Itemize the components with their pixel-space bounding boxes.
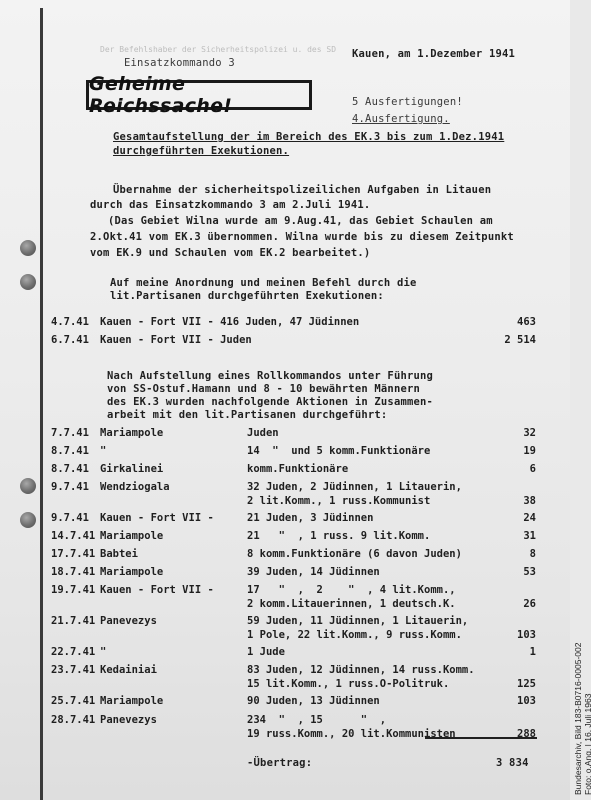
table-row: 28.7.41Panevezys234 " , 15 " ,19 russ.Ko… <box>51 714 536 728</box>
section2-heading: Nach Aufstellung eines Rollkommandos unt… <box>107 370 433 382</box>
sum-line <box>425 737 537 739</box>
table-row: 25.7.41Mariampole90 Juden, 13 Jüdinnen10… <box>51 695 536 709</box>
row-count: 103 <box>517 695 536 707</box>
section2-heading: des EK.3 wurden nachfolgende Aktionen in… <box>107 396 433 408</box>
archive-caption: Bundesarchiv, Bild 183-B0716-0005-002 Fo… <box>573 643 591 795</box>
title-line-1: Gesamtaufstellung der im Bereich des EK.… <box>113 131 504 143</box>
table-row: 4.7.41 Kauen - Fort VII - 416 Juden, 47 … <box>51 316 536 330</box>
intro-line: vom EK.9 und Schaulen vom EK.2 bearbeite… <box>90 247 370 259</box>
carryover-total: 3 834 <box>496 757 529 769</box>
archive-line-1: Bundesarchiv, Bild 183-B0716-0005-002 <box>573 643 583 795</box>
margin-line <box>40 8 43 800</box>
intro-line: (Das Gebiet Wilna wurde am 9.Aug.41, das… <box>108 215 493 227</box>
row-date: 19.7.41 <box>51 584 95 596</box>
table-row: 17.7.41Babtei8 komm.Funktionäre (6 davon… <box>51 548 536 562</box>
table-row: 14.7.41Mariampole21 " , 1 russ. 9 lit.Ko… <box>51 530 536 544</box>
row-date: 25.7.41 <box>51 695 95 707</box>
archive-line-2: Foto: o.Ang. | 16. Juli 1963 <box>583 694 591 795</box>
row-date: 14.7.41 <box>51 530 95 542</box>
row-place: Panevezys <box>100 615 157 627</box>
row-count: 103 <box>517 629 536 641</box>
row-description: 32 Juden, 2 Jüdinnen, 1 Litauerin, <box>247 481 462 493</box>
row-text: Kauen - Fort VII - Juden <box>100 334 252 346</box>
table-row: 22.7.41 "1 Jude1 <box>51 646 536 660</box>
table-row: 8.7.41 "14 " und 5 komm.Funktionäre19 <box>51 445 536 459</box>
punch-hole <box>20 512 36 528</box>
row-place: " <box>100 646 106 658</box>
row-date: 7.7.41 <box>51 427 89 439</box>
row-date: 9.7.41 <box>51 481 89 493</box>
row-date: 18.7.41 <box>51 566 95 578</box>
row-description: 8 komm.Funktionäre (6 davon Juden) <box>247 548 462 560</box>
row-date: 8.7.41 <box>51 445 89 457</box>
punch-hole <box>20 478 36 494</box>
row-count: 19 <box>523 445 536 457</box>
row-description: 21 " , 1 russ. 9 lit.Komm. <box>247 530 430 542</box>
unit-name: Einsatzkommando 3 <box>124 57 235 69</box>
row-description: 21 Juden, 3 Jüdinnen <box>247 512 373 524</box>
row-description-cont: 1 Pole, 22 lit.Komm., 9 russ.Komm. <box>247 629 462 641</box>
row-date: 9.7.41 <box>51 512 89 524</box>
table-row: 6.7.41 Kauen - Fort VII - Juden 2 514 <box>51 334 536 348</box>
copies-total: 5 Ausfertigungen! <box>352 96 463 108</box>
row-count: 1 <box>530 646 536 658</box>
row-count: 26 <box>523 598 536 610</box>
table-row: 8.7.41Girkalineikomm.Funktionäre6 <box>51 463 536 477</box>
row-count: 6 <box>530 463 536 475</box>
intro-line: Übernahme der sicherheitspolizeilichen A… <box>113 184 491 196</box>
row-place: Kauen - Fort VII - <box>100 512 214 524</box>
row-description: 39 Juden, 14 Jüdinnen <box>247 566 380 578</box>
punch-hole <box>20 240 36 256</box>
row-place: Mariampole <box>100 427 163 439</box>
carryover-label: -Übertrag: <box>247 757 312 769</box>
row-count: 8 <box>530 548 536 560</box>
table-row: 23.7.41Kedainiai83 Juden, 12 Jüdinnen, 1… <box>51 664 536 678</box>
intro-line: durch das Einsatzkommando 3 am 2.Juli 19… <box>90 199 370 211</box>
row-place: Kauen - Fort VII - <box>100 584 214 596</box>
stamp-text: Geheime Reichssache! <box>89 73 309 117</box>
row-text: Kauen - Fort VII - 416 Juden, 47 Jüdinne… <box>100 316 359 328</box>
row-description: komm.Funktionäre <box>247 463 348 475</box>
table-row: 9.7.41Kauen - Fort VII -21 Juden, 3 Jüdi… <box>51 512 536 526</box>
table-row: 21.7.41Panevezys59 Juden, 11 Jüdinnen, 1… <box>51 615 536 629</box>
row-date: 6.7.41 <box>51 334 89 346</box>
row-description: 83 Juden, 12 Jüdinnen, 14 russ.Komm. <box>247 664 475 676</box>
row-date: 28.7.41 <box>51 714 95 726</box>
row-place: Babtei <box>100 548 138 560</box>
document-page: Der Befehlshaber der Sicherheitspolizei … <box>0 0 570 800</box>
secret-stamp: Geheime Reichssache! <box>86 80 312 110</box>
table-row: 9.7.41Wendziogala32 Juden, 2 Jüdinnen, 1… <box>51 481 536 495</box>
row-count: 53 <box>523 566 536 578</box>
table-row: 19.7.41Kauen - Fort VII -17 " , 2 " , 4 … <box>51 584 536 598</box>
row-place: " <box>100 445 106 457</box>
table-row: 18.7.41Mariampole39 Juden, 14 Jüdinnen53 <box>51 566 536 580</box>
title-line-2: durchgeführten Exekutionen. <box>113 145 289 157</box>
row-date: 21.7.41 <box>51 615 95 627</box>
row-description-cont: 2 komm.Litauerinnen, 1 deutsch.K. <box>247 598 456 610</box>
row-place: Girkalinei <box>100 463 163 475</box>
row-description: 90 Juden, 13 Jüdinnen <box>247 695 380 707</box>
row-place: Wendziogala <box>100 481 170 493</box>
place-date: Kauen, am 1.Dezember 1941 <box>352 48 515 60</box>
row-date: 4.7.41 <box>51 316 89 328</box>
row-description: 59 Juden, 11 Jüdinnen, 1 Litauerin, <box>247 615 468 627</box>
row-description: 1 Jude <box>247 646 285 658</box>
table-row: 7.7.41MariampoleJuden32 <box>51 427 536 441</box>
row-date: 22.7.41 <box>51 646 95 658</box>
row-description: 234 " , 15 " , <box>247 714 386 726</box>
copy-number: 4.Ausfertigung. <box>352 113 450 125</box>
row-date: 17.7.41 <box>51 548 95 560</box>
row-count: 24 <box>523 512 536 524</box>
section1-heading: lit.Partisanen durchgeführten Exekutione… <box>110 290 384 302</box>
section2-heading: arbeit mit den lit.Partisanen durchgefüh… <box>107 409 387 421</box>
section2-heading: von SS-Ostuf.Hamann und 8 - 10 bewährten… <box>107 383 420 395</box>
row-date: 8.7.41 <box>51 463 89 475</box>
row-description-cont: 15 lit.Komm., 1 russ.O-Politruk. <box>247 678 449 690</box>
row-description: 17 " , 2 " , 4 lit.Komm., <box>247 584 456 596</box>
row-description: 14 " und 5 komm.Funktionäre <box>247 445 430 457</box>
row-place: Panevezys <box>100 714 157 726</box>
row-date: 23.7.41 <box>51 664 95 676</box>
row-place: Kedainiai <box>100 664 157 676</box>
row-place: Mariampole <box>100 695 163 707</box>
section1-heading: Auf meine Anordnung und meinen Befehl du… <box>110 277 417 289</box>
punch-hole <box>20 274 36 290</box>
row-place: Mariampole <box>100 566 163 578</box>
faint-header: Der Befehlshaber der Sicherheitspolizei … <box>100 45 336 54</box>
row-description-cont: 2 lit.Komm., 1 russ.Kommunist <box>247 495 430 507</box>
row-place: Mariampole <box>100 530 163 542</box>
row-count: 2 514 <box>504 334 536 346</box>
row-count: 463 <box>517 316 536 328</box>
row-count: 125 <box>517 678 536 690</box>
row-count: 32 <box>523 427 536 439</box>
row-description: Juden <box>247 427 279 439</box>
row-count: 38 <box>523 495 536 507</box>
intro-line: 2.Okt.41 vom EK.3 übernommen. Wilna wurd… <box>90 231 514 243</box>
row-count: 31 <box>523 530 536 542</box>
